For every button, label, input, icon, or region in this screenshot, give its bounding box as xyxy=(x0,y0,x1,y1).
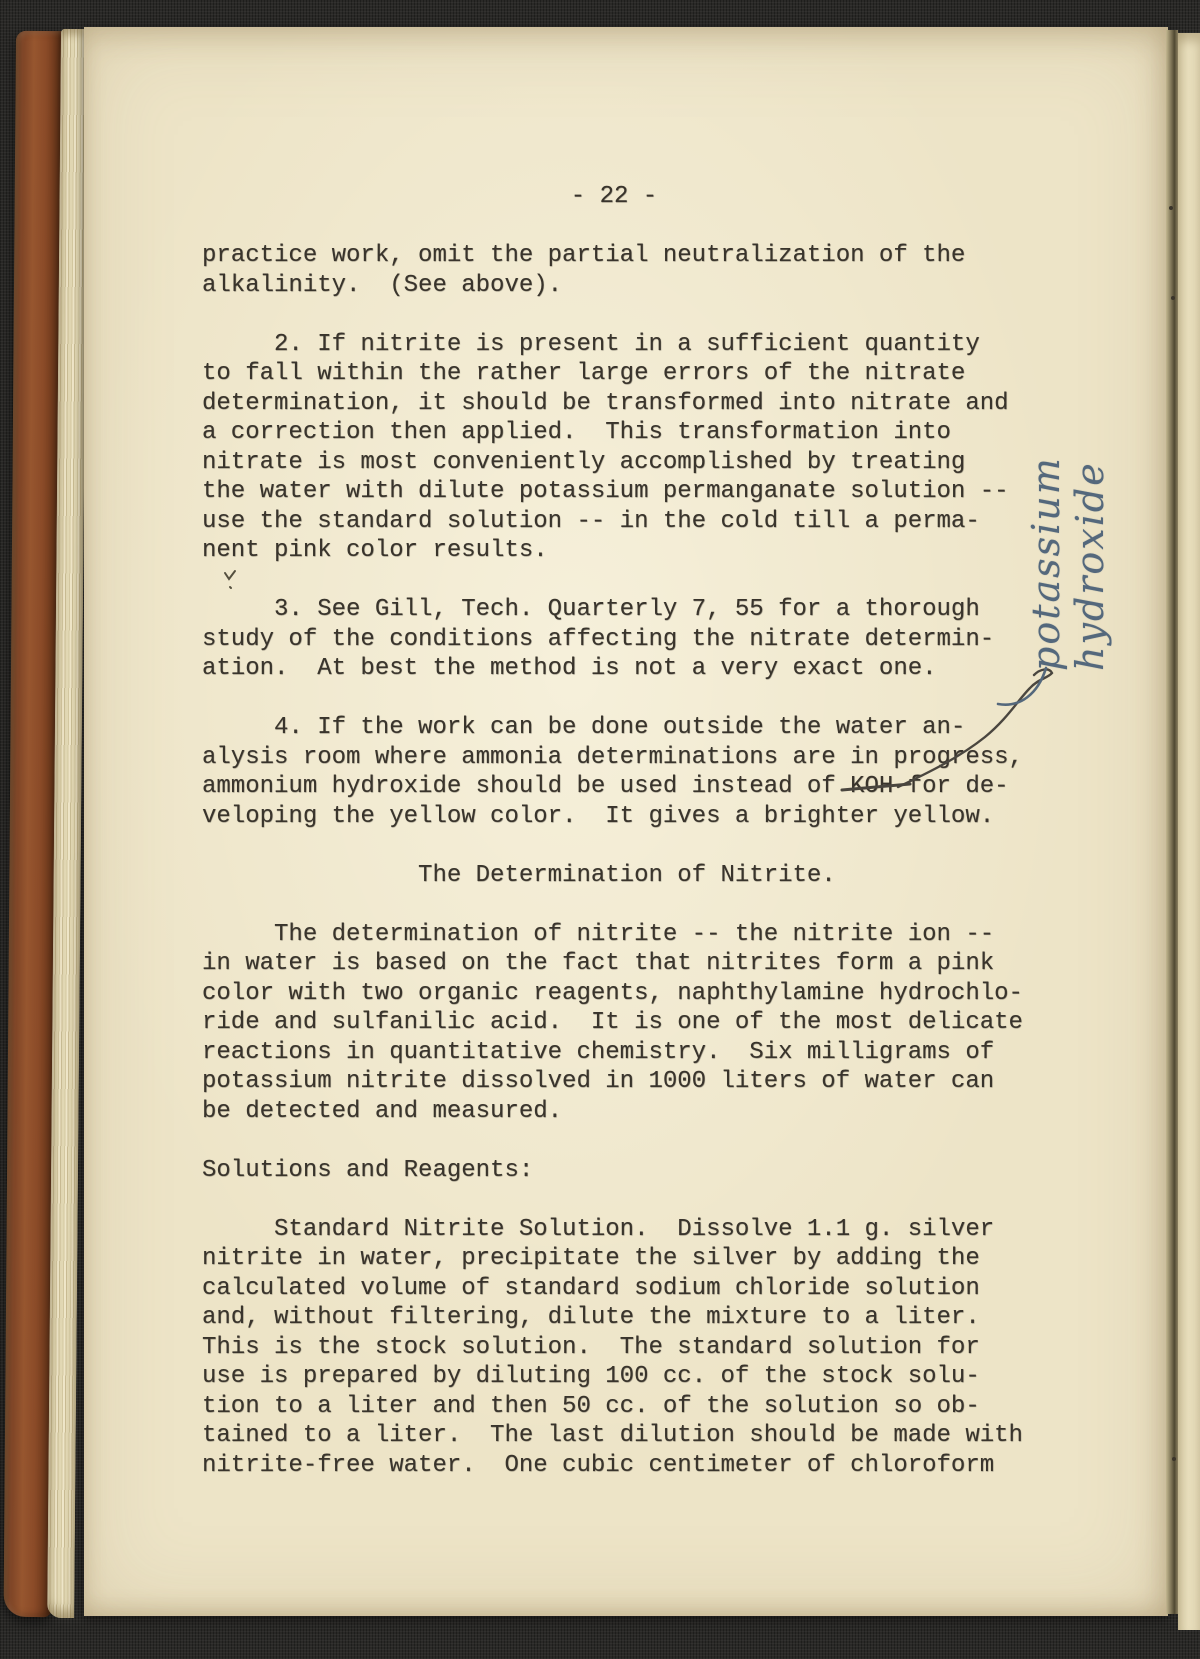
book-gutter-shadow xyxy=(1166,30,1178,1614)
page-number: - 22 - xyxy=(202,182,1026,212)
text-line: nitrite-free water. One cubic centimeter… xyxy=(202,1451,1023,1481)
facing-page-edge xyxy=(1178,33,1200,1630)
text-line: 4. If the work can be done outside the w… xyxy=(202,713,1023,743)
text-line: use the standard solution -- in the cold… xyxy=(202,507,1023,537)
text-line: determination, it should be transformed … xyxy=(202,389,1023,419)
text-line: in water is based on the fact that nitri… xyxy=(202,949,1023,979)
text-line: to fall within the rather large errors o… xyxy=(202,359,1023,389)
text-line: study of the conditions affecting the ni… xyxy=(202,625,1023,655)
text-line: veloping the yellow color. It gives a br… xyxy=(202,802,1023,832)
text-line: practice work, omit the partial neutrali… xyxy=(202,241,1023,271)
text-line: reactions in quantitative chemistry. Six… xyxy=(202,1038,1023,1068)
binding-speck xyxy=(1171,296,1175,300)
document-page: - 22 - practice work, omit the partial n… xyxy=(84,27,1168,1616)
text-line: be detected and measured. xyxy=(202,1097,1023,1127)
text-line: ammonium hydroxide should be used instea… xyxy=(202,772,1023,802)
text-line: tion to a liter and then 50 cc. of the s… xyxy=(202,1392,1023,1422)
text-line: a correction then applied. This transfor… xyxy=(202,418,1023,448)
paragraph: 3. See Gill, Tech. Quarterly 7, 55 for a… xyxy=(202,595,1023,684)
text-line: color with two organic reagents, naphthy… xyxy=(202,979,1023,1009)
text-line: nent pink color results. xyxy=(202,536,1023,566)
scanned-book-photo: - 22 - practice work, omit the partial n… xyxy=(0,0,1200,1659)
typewritten-text: practice work, omit the partial neutrali… xyxy=(202,241,1023,1510)
text-line: Standard Nitrite Solution. Dissolve 1.1 … xyxy=(202,1215,1023,1245)
text-line: This is the stock solution. The standard… xyxy=(202,1333,1023,1363)
text-line: ation. At best the method is not a very … xyxy=(202,654,1023,684)
text-line: alkalinity. (See above). xyxy=(202,271,1023,301)
binding-speck xyxy=(1172,1457,1176,1461)
text-line: potassium nitrite dissolved in 1000 lite… xyxy=(202,1067,1023,1097)
text-line: ride and sulfanilic acid. It is one of t… xyxy=(202,1008,1023,1038)
margin-note-text: potassium hydroxide xyxy=(1024,241,1112,671)
paragraph: The determination of nitrite -- the nitr… xyxy=(202,920,1023,1127)
text-line: The Determination of Nitrite. xyxy=(202,861,1023,891)
text-line: nitrite in water, precipitate the silver… xyxy=(202,1244,1023,1274)
text-line: 3. See Gill, Tech. Quarterly 7, 55 for a… xyxy=(202,595,1023,625)
handwritten-margin-note: potassium hydroxide xyxy=(1041,241,1095,671)
paragraph: 4. If the work can be done outside the w… xyxy=(202,713,1023,831)
text-line: tained to a liter. The last dilution sho… xyxy=(202,1421,1023,1451)
binding-speck xyxy=(1169,206,1173,210)
text-line: and, without filtering, dilute the mixtu… xyxy=(202,1303,1023,1333)
text-line: calculated volume of standard sodium chl… xyxy=(202,1274,1023,1304)
text-line: use is prepared by diluting 100 cc. of t… xyxy=(202,1362,1023,1392)
text-line: Solutions and Reagents: xyxy=(202,1156,1023,1186)
paragraph: The Determination of Nitrite. xyxy=(202,861,1023,891)
paragraph: 2. If nitrite is present in a sufficient… xyxy=(202,330,1023,566)
text-line: alysis room where ammonia determinations… xyxy=(202,743,1023,773)
text-line: nitrate is most conveniently accomplishe… xyxy=(202,448,1023,478)
text-line: the water with dilute potassium permanga… xyxy=(202,477,1023,507)
paragraph: practice work, omit the partial neutrali… xyxy=(202,241,1023,300)
paragraph: Solutions and Reagents: xyxy=(202,1156,1023,1186)
text-line: 2. If nitrite is present in a sufficient… xyxy=(202,330,1023,360)
paragraph: Standard Nitrite Solution. Dissolve 1.1 … xyxy=(202,1215,1023,1481)
text-line: The determination of nitrite -- the nitr… xyxy=(202,920,1023,950)
